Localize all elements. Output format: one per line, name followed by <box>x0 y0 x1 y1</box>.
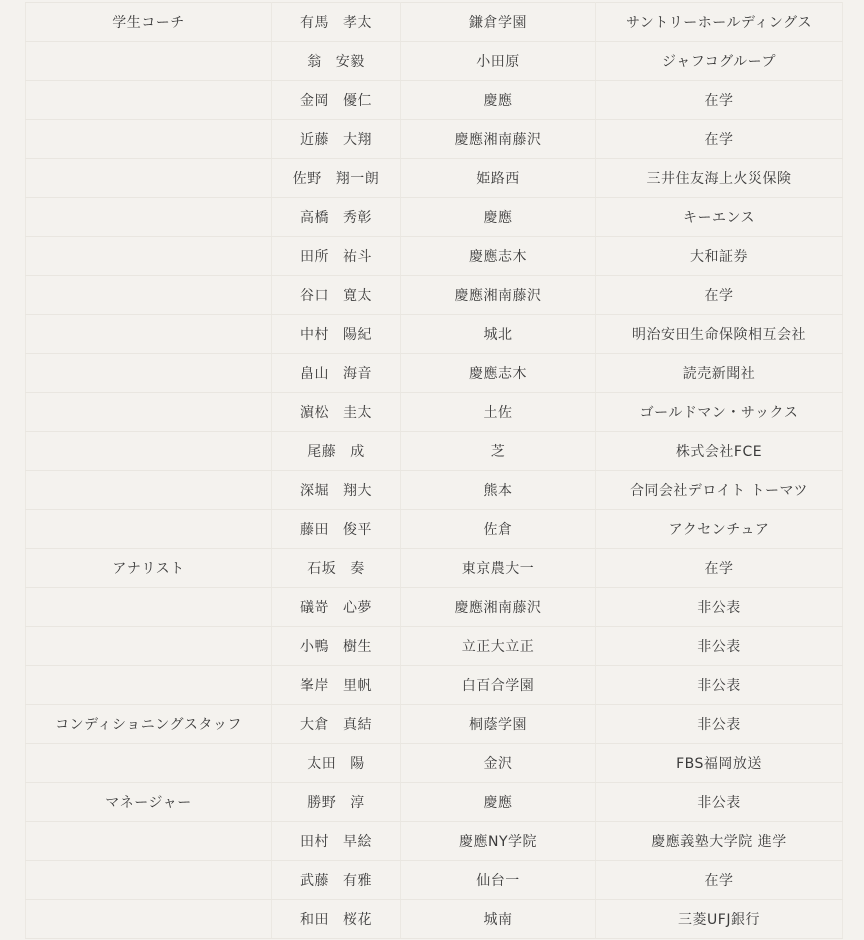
first-name: 陽紀 <box>343 327 372 343</box>
name-cell: 武藤有雅 <box>272 861 401 900</box>
career-cell: 非公表 <box>596 588 843 627</box>
table-row: 峯岸里帆 白百合学園 非公表 <box>26 666 843 705</box>
name-cell: 尾藤成 <box>272 432 401 471</box>
school-cell: 慶應湘南藤沢 <box>401 276 596 315</box>
role-cell <box>26 42 272 81</box>
last-name: 勝野 <box>307 795 336 811</box>
role-cell <box>26 198 272 237</box>
name-cell: 翁安毅 <box>272 42 401 81</box>
role-cell <box>26 900 272 939</box>
table-row: 濵松圭太 土佐 ゴールドマン・サックス <box>26 393 843 432</box>
person-name: 勝野淳 <box>307 795 365 811</box>
school-cell: 東京農大一 <box>401 549 596 588</box>
first-name: 大翔 <box>343 132 372 148</box>
last-name: 尾藤 <box>307 444 336 460</box>
school-cell: 姫路西 <box>401 159 596 198</box>
last-name: 石坂 <box>307 561 336 577</box>
table-row: 佐野翔一朗 姫路西 三井住友海上火災保険 <box>26 159 843 198</box>
first-name: 翔一朗 <box>336 171 380 187</box>
role-cell <box>26 822 272 861</box>
role-cell <box>26 393 272 432</box>
school-cell: 慶應湘南藤沢 <box>401 588 596 627</box>
name-cell: 佐野翔一朗 <box>272 159 401 198</box>
person-name: 峯岸里帆 <box>300 678 372 694</box>
career-cell: 在学 <box>596 81 843 120</box>
role-cell <box>26 744 272 783</box>
role-cell <box>26 315 272 354</box>
last-name: 濵松 <box>300 405 329 421</box>
table-row: アナリスト 石坂奏 東京農大一 在学 <box>26 549 843 588</box>
table-row: 金岡優仁 慶應 在学 <box>26 81 843 120</box>
name-cell: 濵松圭太 <box>272 393 401 432</box>
role-cell <box>26 588 272 627</box>
first-name: 優仁 <box>343 93 372 109</box>
table-row: 谷口寛太 慶應湘南藤沢 在学 <box>26 276 843 315</box>
person-name: 太田陽 <box>307 756 365 772</box>
career-cell: 大和証券 <box>596 237 843 276</box>
name-cell: 金岡優仁 <box>272 81 401 120</box>
career-cell: ゴールドマン・サックス <box>596 393 843 432</box>
table-row: 中村陽紀 城北 明治安田生命保険相互会社 <box>26 315 843 354</box>
role-cell <box>26 81 272 120</box>
school-cell: 慶應湘南藤沢 <box>401 120 596 159</box>
table-row: マネージャー 勝野淳 慶應 非公表 <box>26 783 843 822</box>
table-row: 藤田俊平 佐倉 アクセンチュア <box>26 510 843 549</box>
school-cell: 鎌倉学園 <box>401 3 596 42</box>
table-row: 武藤有雅 仙台一 在学 <box>26 861 843 900</box>
last-name: 小鴨 <box>300 639 329 655</box>
school-cell: 土佐 <box>401 393 596 432</box>
first-name: 寛太 <box>343 288 372 304</box>
last-name: 高橋 <box>300 210 329 226</box>
career-cell: 明治安田生命保険相互会社 <box>596 315 843 354</box>
school-cell: 仙台一 <box>401 861 596 900</box>
role-cell <box>26 510 272 549</box>
school-cell: 小田原 <box>401 42 596 81</box>
name-cell: 深堀翔大 <box>272 471 401 510</box>
name-cell: 石坂奏 <box>272 549 401 588</box>
career-cell: 三菱UFJ銀行 <box>596 900 843 939</box>
name-cell: 田村早絵 <box>272 822 401 861</box>
name-cell: 田所祐斗 <box>272 237 401 276</box>
person-name: 和田桜花 <box>300 912 372 928</box>
table-row: 尾藤成 芝 株式会社FCE <box>26 432 843 471</box>
person-name: 濵松圭太 <box>300 405 372 421</box>
career-cell: 在学 <box>596 120 843 159</box>
last-name: 藤田 <box>300 522 329 538</box>
name-cell: 小鴨樹生 <box>272 627 401 666</box>
role-cell <box>26 432 272 471</box>
career-cell: 在学 <box>596 861 843 900</box>
last-name: 礒嵜 <box>300 600 329 616</box>
last-name: 有馬 <box>300 15 329 31</box>
name-cell: 和田桜花 <box>272 900 401 939</box>
role-cell: 学生コーチ <box>26 3 272 42</box>
person-name: 高橋秀彰 <box>300 210 372 226</box>
school-cell: 慶應NY学院 <box>401 822 596 861</box>
last-name: 翁 <box>307 54 322 70</box>
name-cell: 中村陽紀 <box>272 315 401 354</box>
person-name: 佐野翔一朗 <box>293 171 380 187</box>
role-cell <box>26 354 272 393</box>
role-cell <box>26 861 272 900</box>
first-name: 樹生 <box>343 639 372 655</box>
career-cell: サントリーホールディングス <box>596 3 843 42</box>
person-name: 尾藤成 <box>307 444 365 460</box>
last-name: 谷口 <box>300 288 329 304</box>
role-cell: コンディショニングスタッフ <box>26 705 272 744</box>
person-name: 田村早絵 <box>300 834 372 850</box>
name-cell: 畠山海音 <box>272 354 401 393</box>
table-row: 高橋秀彰 慶應 キーエンス <box>26 198 843 237</box>
school-cell: 熊本 <box>401 471 596 510</box>
name-cell: 大倉真結 <box>272 705 401 744</box>
school-cell: 桐蔭学園 <box>401 705 596 744</box>
career-cell: 非公表 <box>596 666 843 705</box>
last-name: 大倉 <box>300 717 329 733</box>
school-cell: 慶應 <box>401 198 596 237</box>
table-row: 翁安毅 小田原 ジャフコグループ <box>26 42 843 81</box>
person-name: 中村陽紀 <box>300 327 372 343</box>
table-row: 畠山海音 慶應志木 読売新聞社 <box>26 354 843 393</box>
staff-table-container: 学生コーチ 有馬孝太 鎌倉学園 サントリーホールディングス 翁安毅 小田原 ジャ… <box>25 2 838 939</box>
first-name: 桜花 <box>343 912 372 928</box>
last-name: 武藤 <box>300 873 329 889</box>
person-name: 深堀翔大 <box>300 483 372 499</box>
school-cell: 佐倉 <box>401 510 596 549</box>
first-name: 圭太 <box>343 405 372 421</box>
role-cell <box>26 666 272 705</box>
career-cell: 慶應義塾大学院 進学 <box>596 822 843 861</box>
career-cell: 在学 <box>596 276 843 315</box>
person-name: 大倉真結 <box>300 717 372 733</box>
school-cell: 慶應志木 <box>401 237 596 276</box>
school-cell: 白百合学園 <box>401 666 596 705</box>
career-cell: 非公表 <box>596 705 843 744</box>
person-name: 藤田俊平 <box>300 522 372 538</box>
school-cell: 立正大立正 <box>401 627 596 666</box>
staff-table: 学生コーチ 有馬孝太 鎌倉学園 サントリーホールディングス 翁安毅 小田原 ジャ… <box>25 2 843 939</box>
first-name: 秀彰 <box>343 210 372 226</box>
role-cell <box>26 120 272 159</box>
last-name: 近藤 <box>300 132 329 148</box>
person-name: 小鴨樹生 <box>300 639 372 655</box>
table-row: 小鴨樹生 立正大立正 非公表 <box>26 627 843 666</box>
first-name: 祐斗 <box>343 249 372 265</box>
first-name: 奏 <box>350 561 365 577</box>
table-row: 学生コーチ 有馬孝太 鎌倉学園 サントリーホールディングス <box>26 3 843 42</box>
name-cell: 高橋秀彰 <box>272 198 401 237</box>
last-name: 峯岸 <box>300 678 329 694</box>
career-cell: ジャフコグループ <box>596 42 843 81</box>
career-cell: 株式会社FCE <box>596 432 843 471</box>
school-cell: 金沢 <box>401 744 596 783</box>
person-name: 有馬孝太 <box>300 15 372 31</box>
career-cell: 読売新聞社 <box>596 354 843 393</box>
first-name: 有雅 <box>343 873 372 889</box>
career-cell: 在学 <box>596 549 843 588</box>
person-name: 礒嵜心夢 <box>300 600 372 616</box>
last-name: 和田 <box>300 912 329 928</box>
staff-table-body: 学生コーチ 有馬孝太 鎌倉学園 サントリーホールディングス 翁安毅 小田原 ジャ… <box>26 3 843 939</box>
name-cell: 近藤大翔 <box>272 120 401 159</box>
school-cell: 慶應 <box>401 783 596 822</box>
last-name: 太田 <box>307 756 336 772</box>
first-name: 真結 <box>343 717 372 733</box>
person-name: 翁安毅 <box>307 54 365 70</box>
name-cell: 谷口寛太 <box>272 276 401 315</box>
role-cell <box>26 159 272 198</box>
role-cell <box>26 627 272 666</box>
role-cell: マネージャー <box>26 783 272 822</box>
first-name: 海音 <box>343 366 372 382</box>
last-name: 畠山 <box>300 366 329 382</box>
first-name: 早絵 <box>343 834 372 850</box>
person-name: 近藤大翔 <box>300 132 372 148</box>
school-cell: 城南 <box>401 900 596 939</box>
person-name: 田所祐斗 <box>300 249 372 265</box>
table-row: 和田桜花 城南 三菱UFJ銀行 <box>26 900 843 939</box>
last-name: 深堀 <box>300 483 329 499</box>
first-name: 安毅 <box>336 54 365 70</box>
school-cell: 芝 <box>401 432 596 471</box>
last-name: 田村 <box>300 834 329 850</box>
last-name: 佐野 <box>293 171 322 187</box>
person-name: 谷口寛太 <box>300 288 372 304</box>
name-cell: 太田陽 <box>272 744 401 783</box>
career-cell: 合同会社デロイト トーマツ <box>596 471 843 510</box>
school-cell: 慶應志木 <box>401 354 596 393</box>
last-name: 田所 <box>300 249 329 265</box>
school-cell: 慶應 <box>401 81 596 120</box>
first-name: 淳 <box>350 795 365 811</box>
last-name: 中村 <box>300 327 329 343</box>
first-name: 翔大 <box>343 483 372 499</box>
table-row: 礒嵜心夢 慶應湘南藤沢 非公表 <box>26 588 843 627</box>
career-cell: キーエンス <box>596 198 843 237</box>
career-cell: 非公表 <box>596 627 843 666</box>
first-name: 孝太 <box>343 15 372 31</box>
last-name: 金岡 <box>300 93 329 109</box>
first-name: 里帆 <box>343 678 372 694</box>
first-name: 俊平 <box>343 522 372 538</box>
school-cell: 城北 <box>401 315 596 354</box>
career-cell: 非公表 <box>596 783 843 822</box>
table-row: 近藤大翔 慶應湘南藤沢 在学 <box>26 120 843 159</box>
person-name: 石坂奏 <box>307 561 365 577</box>
table-row: 深堀翔大 熊本 合同会社デロイト トーマツ <box>26 471 843 510</box>
first-name: 成 <box>350 444 365 460</box>
career-cell: FBS福岡放送 <box>596 744 843 783</box>
career-cell: アクセンチュア <box>596 510 843 549</box>
name-cell: 勝野淳 <box>272 783 401 822</box>
person-name: 畠山海音 <box>300 366 372 382</box>
name-cell: 峯岸里帆 <box>272 666 401 705</box>
name-cell: 礒嵜心夢 <box>272 588 401 627</box>
role-cell <box>26 276 272 315</box>
name-cell: 有馬孝太 <box>272 3 401 42</box>
role-cell: アナリスト <box>26 549 272 588</box>
person-name: 武藤有雅 <box>300 873 372 889</box>
role-cell <box>26 237 272 276</box>
person-name: 金岡優仁 <box>300 93 372 109</box>
first-name: 陽 <box>350 756 365 772</box>
table-row: コンディショニングスタッフ 大倉真結 桐蔭学園 非公表 <box>26 705 843 744</box>
table-row: 田所祐斗 慶應志木 大和証券 <box>26 237 843 276</box>
role-cell <box>26 471 272 510</box>
table-row: 田村早絵 慶應NY学院 慶應義塾大学院 進学 <box>26 822 843 861</box>
first-name: 心夢 <box>343 600 372 616</box>
career-cell: 三井住友海上火災保険 <box>596 159 843 198</box>
table-row: 太田陽 金沢 FBS福岡放送 <box>26 744 843 783</box>
name-cell: 藤田俊平 <box>272 510 401 549</box>
